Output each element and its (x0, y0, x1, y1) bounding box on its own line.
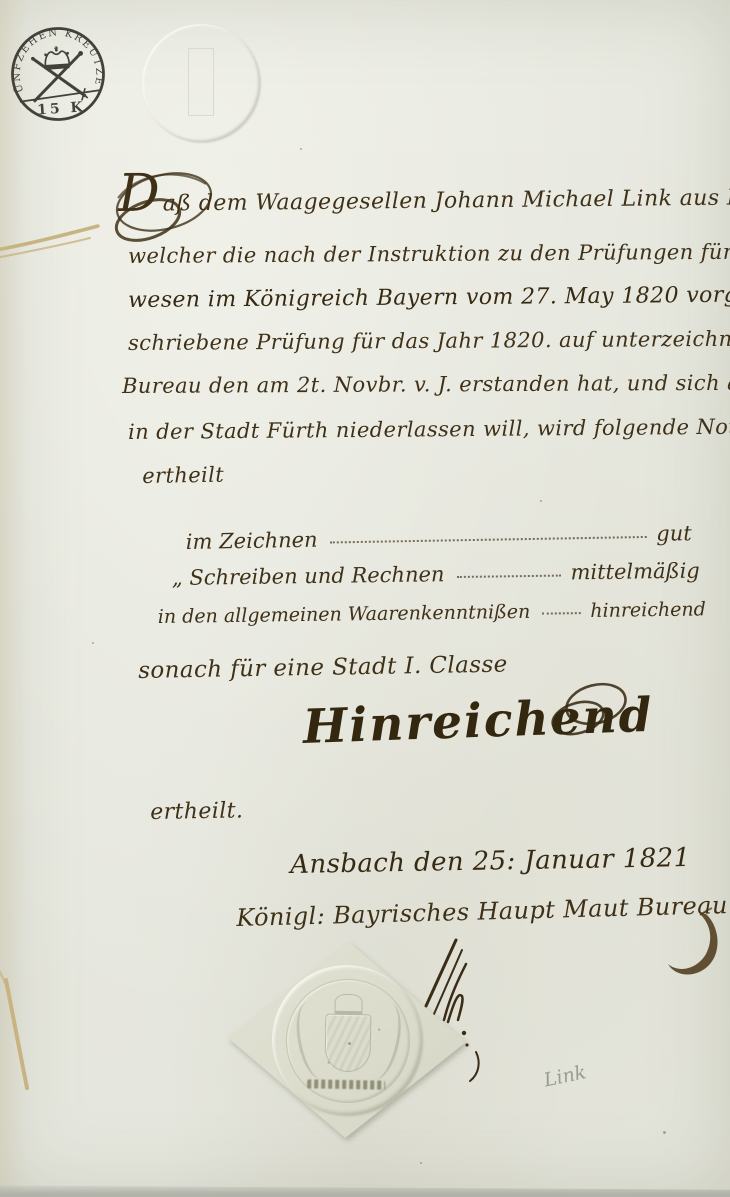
closing-word: ertheilt. (150, 798, 244, 825)
grade-summary: sonach für eine Stadt I. Classe (138, 652, 508, 684)
verdict: Hinreichend (302, 688, 654, 755)
body-line: welcher die nach der Instruktion zu den … (128, 239, 730, 268)
embossed-seal-figure (188, 48, 214, 116)
seal-paper (226, 940, 467, 1140)
body-line: in der Stadt Fürth niederlassen will, wi… (128, 415, 730, 444)
dotted-leader (456, 575, 560, 578)
body-line: schriebene Prüfung für das Jahr 1820. au… (128, 326, 730, 355)
body-line: wesen im Königreich Bayern vom 27. May 1… (128, 282, 730, 313)
speck (92, 642, 94, 644)
dotted-leader (330, 536, 647, 544)
stamp-curved-text: FÜNFZEHEN KREUTZER (8, 24, 106, 94)
page-bottom-edge (0, 1183, 730, 1197)
grade-value: mittelmäßig (570, 559, 700, 585)
pencil-note: Link (542, 1061, 588, 1091)
office-flourish (666, 906, 722, 998)
grade-row: „ Schreiben und Rechnen mittelmäßig (172, 559, 700, 590)
revenue-stamp-icon: FÜNFZEHEN KREUTZER 15 K (5, 21, 112, 128)
paper-edge-tint (0, 0, 26, 1197)
document-page: FÜNFZEHEN KREUTZER 15 K Daß dem Waageges… (0, 0, 730, 1197)
grade-value: gut (656, 521, 692, 546)
speck (540, 500, 542, 502)
seal-caption-band (307, 1079, 385, 1089)
grade-value: hinreichend (590, 598, 706, 622)
grade-subject: im Zeichnen (186, 528, 318, 554)
grade-subject: „ Schreiben und Rechnen (172, 562, 445, 590)
seal-crown-icon (334, 994, 362, 1014)
grade-row: im Zeichnen gut (186, 521, 692, 554)
grade-subject: in den allgemeinen Waarenkenntnißen (158, 601, 531, 628)
date-line: Ansbach den 25: Januar 1821 (290, 843, 691, 880)
dotted-leader (542, 612, 580, 615)
speck (420, 1162, 422, 1164)
body-line: ertheilt (142, 463, 224, 488)
svg-text:FÜNFZEHEN KREUTZER: FÜNFZEHEN KREUTZER (8, 24, 106, 94)
paper-wafer-seal (226, 940, 467, 1140)
stamp-denomination: 15 K (37, 99, 87, 118)
speck (300, 148, 302, 150)
body-line: Bureau den am 2t. Novbr. v. J. erstanden… (122, 370, 730, 398)
embossed-dry-seal (142, 24, 260, 142)
revenue-stamp: FÜNFZEHEN KREUTZER 15 K (5, 21, 112, 128)
speck (663, 1131, 666, 1134)
crown-icon (44, 45, 70, 70)
office-line: Königl: Bayrisches Haupt Maut Bureau (236, 891, 728, 932)
grade-row: in den allgemeinen Waarenkenntnißen hinr… (158, 598, 706, 628)
